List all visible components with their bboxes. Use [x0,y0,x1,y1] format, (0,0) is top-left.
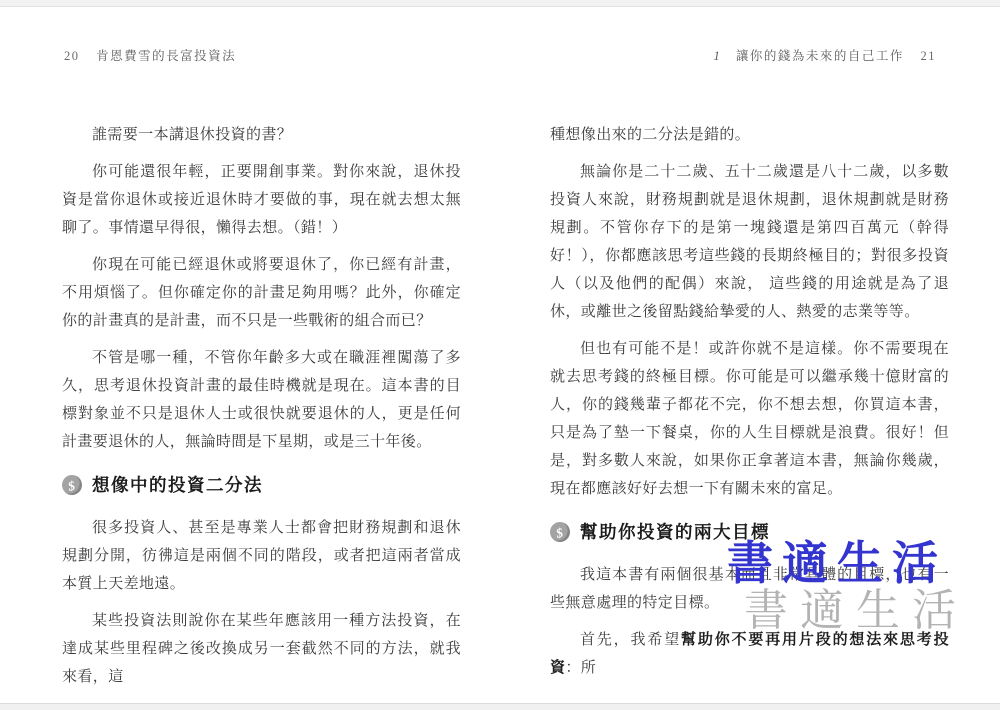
right-page-number: 21 [921,49,937,63]
paragraph: 你現在可能已經退休或將要退休了，你已經有計畫，不用煩惱了。但你確定你的計畫足夠用… [62,251,461,335]
left-page-header: 20 肯恩費雪的長富投資法 [64,46,236,64]
book-spread: 20 肯恩費雪的長富投資法 1 讓你的錢為未來的自己工作 21 誰需要一本講退休… [0,0,1000,710]
paragraph: 無論你是二十二歲、五十二歲還是八十二歲，以多數投資人來說，財務規劃就是退休規劃，… [550,158,949,326]
book-title: 肯恩費雪的長富投資法 [96,49,236,63]
paragraph-text: ：所 [565,660,596,676]
paragraph: 不管是哪一種，不管你年齡多大或在職涯裡闖蕩了多久，思考退休投資計畫的最佳時機就是… [62,344,461,456]
paragraph: 但也有可能不是！或許你就不是這樣。你不需要現在就去思考錢的終極目標。你可能是可以… [550,335,949,503]
paragraph: 首先，我希望幫助你不要再用片段的想法來思考投資：所 [550,626,949,682]
right-page-text-column: 種想像出來的二分法是錯的。 無論你是二十二歲、五十二歲還是八十二歲，以多數投資人… [550,121,949,691]
coin-dollar-icon: $ [548,519,572,543]
paragraph: 很多投資人、甚至是專業人士都會把財務規劃和退休規劃分開，彷彿這是兩個不同的階段，… [62,514,461,598]
paragraph-text: 首先，我希望 [580,632,681,648]
chapter-title: 讓你的錢為未來的自己工作 [736,49,904,63]
left-page-number: 20 [64,49,80,63]
coin-dollar-icon: $ [60,472,84,496]
section-title: 想像中的投資二分法 [92,472,263,497]
section-heading-imagined-dichotomy: $ 想像中的投資二分法 [62,472,461,497]
paragraph: 種想像出來的二分法是錯的。 [550,121,949,149]
section-title: 幫助你投資的兩大目標 [580,519,770,544]
right-page-header: 1 讓你的錢為未來的自己工作 21 [713,46,936,64]
chapter-number: 1 [713,49,721,63]
page-edge-bottom [0,703,1000,710]
page-edge-top [0,0,1000,7]
paragraph: 某些投資法則說你在某些年應該用一種方法投資，在達成某些里程碑之後改換成另一套截然… [62,607,461,691]
paragraph: 誰需要一本講退休投資的書？ [62,121,461,149]
paragraph: 你可能還很年輕，正要開創事業。對你來說，退休投資是當你退休或接近退休時才要做的事… [62,158,461,242]
left-page-text-column: 誰需要一本講退休投資的書？ 你可能還很年輕，正要開創事業。對你來說，退休投資是當… [62,121,461,700]
section-heading-two-goals: $ 幫助你投資的兩大目標 [550,519,949,544]
paragraph: 我這本書有兩個很基本而且非常具體的目標，也有一些無意處理的特定目標。 [550,561,949,617]
